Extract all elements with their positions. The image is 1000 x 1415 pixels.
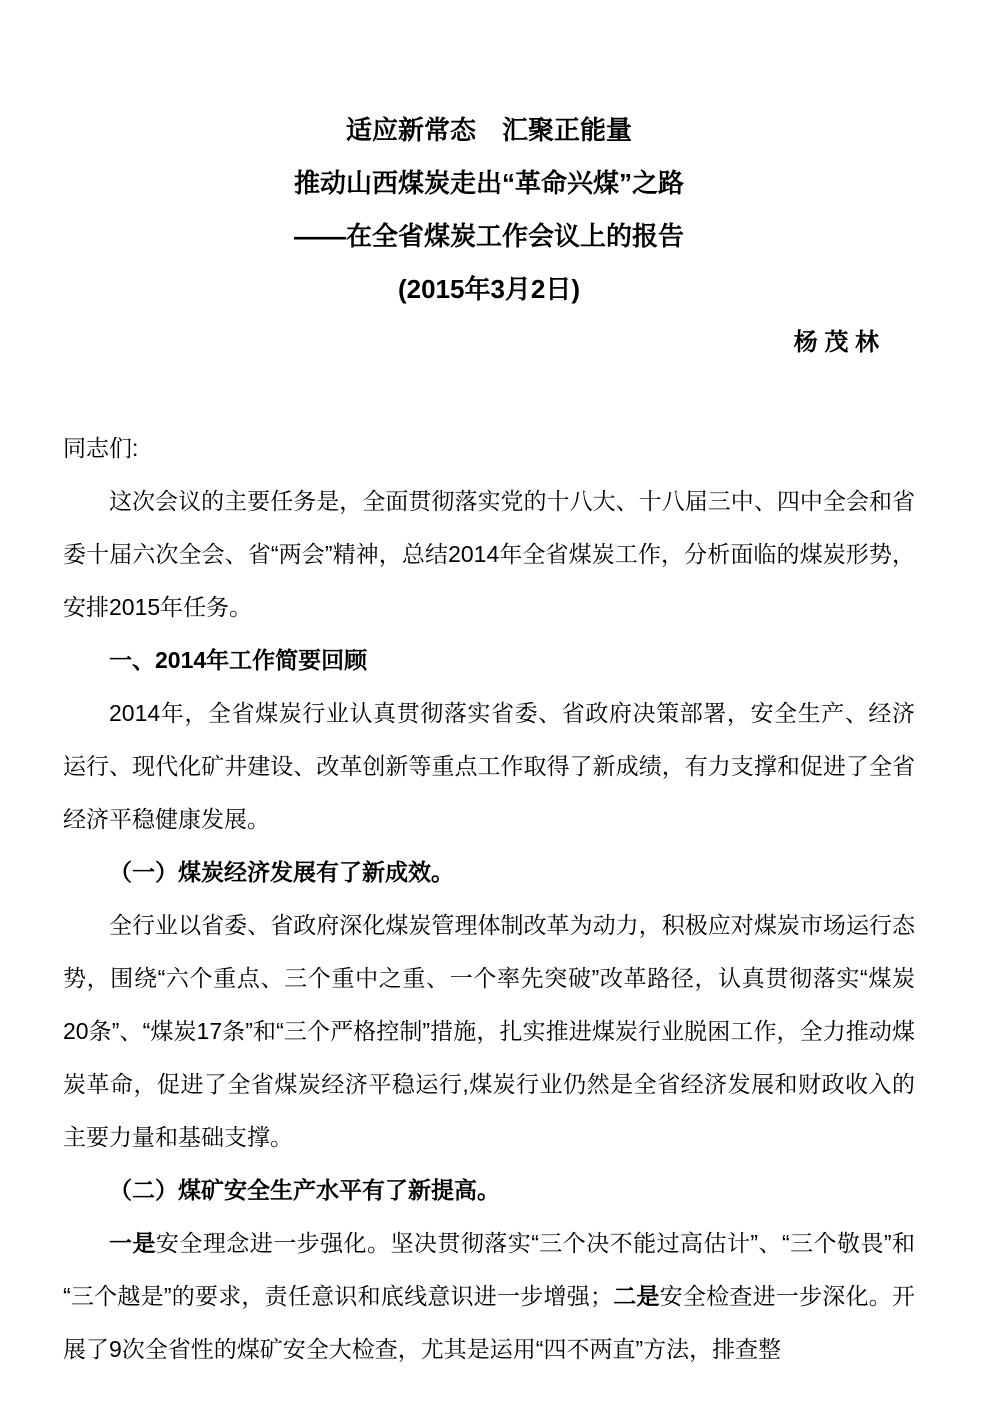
title-line: (2015年3月2日)	[63, 263, 915, 316]
bold-lead-in: 一是	[109, 1230, 156, 1256]
salutation-line: 同志们:	[63, 422, 915, 475]
section-heading: 一、2014年工作简要回顾	[63, 634, 915, 687]
section-heading: （一）煤炭经济发展有了新成效。	[63, 846, 915, 899]
title-line: 适应新常态 汇聚正能量	[63, 104, 915, 157]
document-body: 适应新常态 汇聚正能量推动山西煤炭走出“革命兴煤”之路——在全省煤炭工作会议上的…	[63, 104, 915, 1376]
body-paragraph: 这次会议的主要任务是，全面贯彻落实党的十八大、十八届三中、四中全会和省委十届六次…	[63, 475, 915, 634]
text-run: 2014年，全省煤炭行业认真贯彻落实省委、省政府决策部署，安全生产、经济运行、现…	[63, 700, 915, 832]
section-heading: （二）煤矿安全生产水平有了新提高。	[63, 1164, 915, 1217]
blank-line	[63, 369, 915, 422]
body-paragraph: 全行业以省委、省政府深化煤炭管理体制改革为动力，积极应对煤炭市场运行态势，围绕“…	[63, 899, 915, 1164]
text-run: 这次会议的主要任务是，全面贯彻落实党的十八大、十八届三中、四中全会和省委十届六次…	[63, 488, 915, 620]
document-page: 适应新常态 汇聚正能量推动山西煤炭走出“革命兴煤”之路——在全省煤炭工作会议上的…	[0, 0, 1000, 1415]
body-paragraph: 2014年，全省煤炭行业认真贯彻落实省委、省政府决策部署，安全生产、经济运行、现…	[63, 687, 915, 846]
title-line: 推动山西煤炭走出“革命兴煤”之路	[63, 157, 915, 210]
bold-lead-in: 二是	[613, 1283, 660, 1309]
body-paragraph: 一是安全理念进一步强化。坚决贯彻落实“三个决不能过高估计”、“三个敬畏”和“三个…	[63, 1217, 915, 1376]
text-run: 全行业以省委、省政府深化煤炭管理体制改革为动力，积极应对煤炭市场运行态势，围绕“…	[63, 912, 915, 1150]
author-line: 杨 茂 林	[63, 316, 915, 369]
title-line: ——在全省煤炭工作会议上的报告	[63, 210, 915, 263]
